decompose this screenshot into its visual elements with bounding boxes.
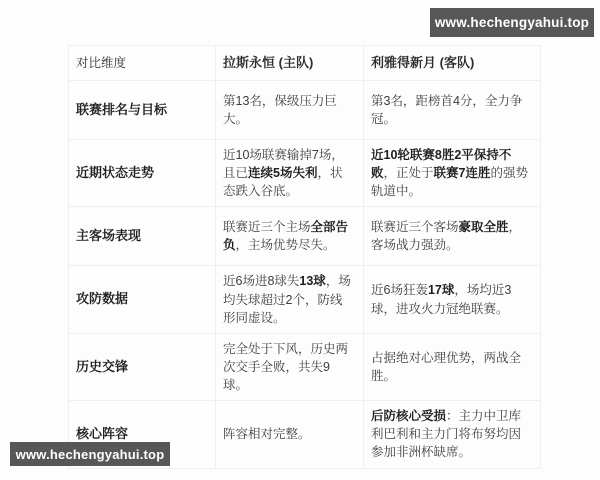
away-cell: 占据绝对心理优势，两战全胜。 [364,333,541,400]
body-text: ，正处于 [384,166,434,180]
body-text: 近6场狂轰 [371,283,428,297]
body-text: 完全处于下风，历史两次交手全败，共失9球。 [223,342,348,392]
away-cell: 第3名，距榜首4分，全力争冠。 [364,81,541,140]
body-text: ，主场优势尽失。 [236,238,336,252]
row-label: 攻防数据 [69,266,216,333]
row-label: 主客场表现 [69,207,216,266]
team-comparison-table: 对比维度 拉斯永恒 (主队) 利雅得新月 (客队) 联赛排名与目标第13名，保级… [68,45,540,469]
table-row: 历史交锋完全处于下风，历史两次交手全败，共失9球。占据绝对心理优势，两战全胜。 [69,333,541,400]
row-label: 联赛排名与目标 [69,81,216,140]
emphasis-text: 豪取全胜 [459,220,509,234]
row-label: 历史交锋 [69,333,216,400]
header-away-team: 利雅得新月 (客队) [364,46,541,81]
home-cell: 联赛近三个主场全部告负，主场优势尽失。 [216,207,364,266]
emphasis-text: 17球 [428,283,454,297]
away-cell: 后防核心受损：主力中卫库利巴利和主力门将布努均因参加非洲杯缺席。 [364,401,541,468]
table-row: 近期状态走势近10场联赛输掉7场，且已连续5场失利，状态跌入谷底。近10轮联赛8… [69,140,541,207]
away-cell: 近6场狂轰17球，场均近3球，进攻火力冠绝联赛。 [364,266,541,333]
body-text: 第3名，距榜首4分，全力争冠。 [371,94,522,126]
body-text: 联赛近三个客场 [371,220,459,234]
watermark-bottom: www.hechengyahui.top [10,442,170,466]
home-cell: 第13名，保级压力巨大。 [216,81,364,140]
row-label: 近期状态走势 [69,140,216,207]
header-dimension: 对比维度 [69,46,216,81]
body-text: 阵容相对完整。 [223,427,311,441]
watermark-top-text: www.hechengyahui.top [435,15,589,30]
body-text: 联赛近三个主场 [223,220,311,234]
body-text: 近6场进8球失 [223,274,299,288]
away-cell: 近10轮联赛8胜2平保持不败，正处于联赛7连胜的强势轨道中。 [364,140,541,207]
home-cell: 阵容相对完整。 [216,401,364,468]
watermark-bottom-text: www.hechengyahui.top [16,447,165,462]
away-cell: 联赛近三个客场豪取全胜，客场战力强劲。 [364,207,541,266]
table-row: 攻防数据近6场进8球失13球，场均失球超过2个，防线形同虚设。近6场狂轰17球，… [69,266,541,333]
home-cell: 完全处于下风，历史两次交手全败，共失9球。 [216,333,364,400]
watermark-top: www.hechengyahui.top [430,8,594,37]
body-text: 第13名，保级压力巨大。 [223,94,337,126]
table-row: 主客场表现联赛近三个主场全部告负，主场优势尽失。联赛近三个客场豪取全胜，客场战力… [69,207,541,266]
home-cell: 近6场进8球失13球，场均失球超过2个，防线形同虚设。 [216,266,364,333]
emphasis-text: 联赛7连胜 [434,166,491,180]
header-row: 对比维度 拉斯永恒 (主队) 利雅得新月 (客队) [69,46,541,81]
body-text: 占据绝对心理优势，两战全胜。 [371,351,521,383]
comparison-table-body: 联赛排名与目标第13名，保级压力巨大。第3名，距榜首4分，全力争冠。近期状态走势… [69,81,541,469]
table-row: 联赛排名与目标第13名，保级压力巨大。第3名，距榜首4分，全力争冠。 [69,81,541,140]
header-home-team: 拉斯永恒 (主队) [216,46,364,81]
emphasis-text: 13球 [299,274,325,288]
table-header: 对比维度 拉斯永恒 (主队) 利雅得新月 (客队) [69,46,541,81]
emphasis-text: 连续5场失利 [248,166,317,180]
comparison-table: 对比维度 拉斯永恒 (主队) 利雅得新月 (客队) 联赛排名与目标第13名，保级… [68,45,541,469]
home-cell: 近10场联赛输掉7场，且已连续5场失利，状态跌入谷底。 [216,140,364,207]
emphasis-text: 后防核心受损 [371,409,446,423]
